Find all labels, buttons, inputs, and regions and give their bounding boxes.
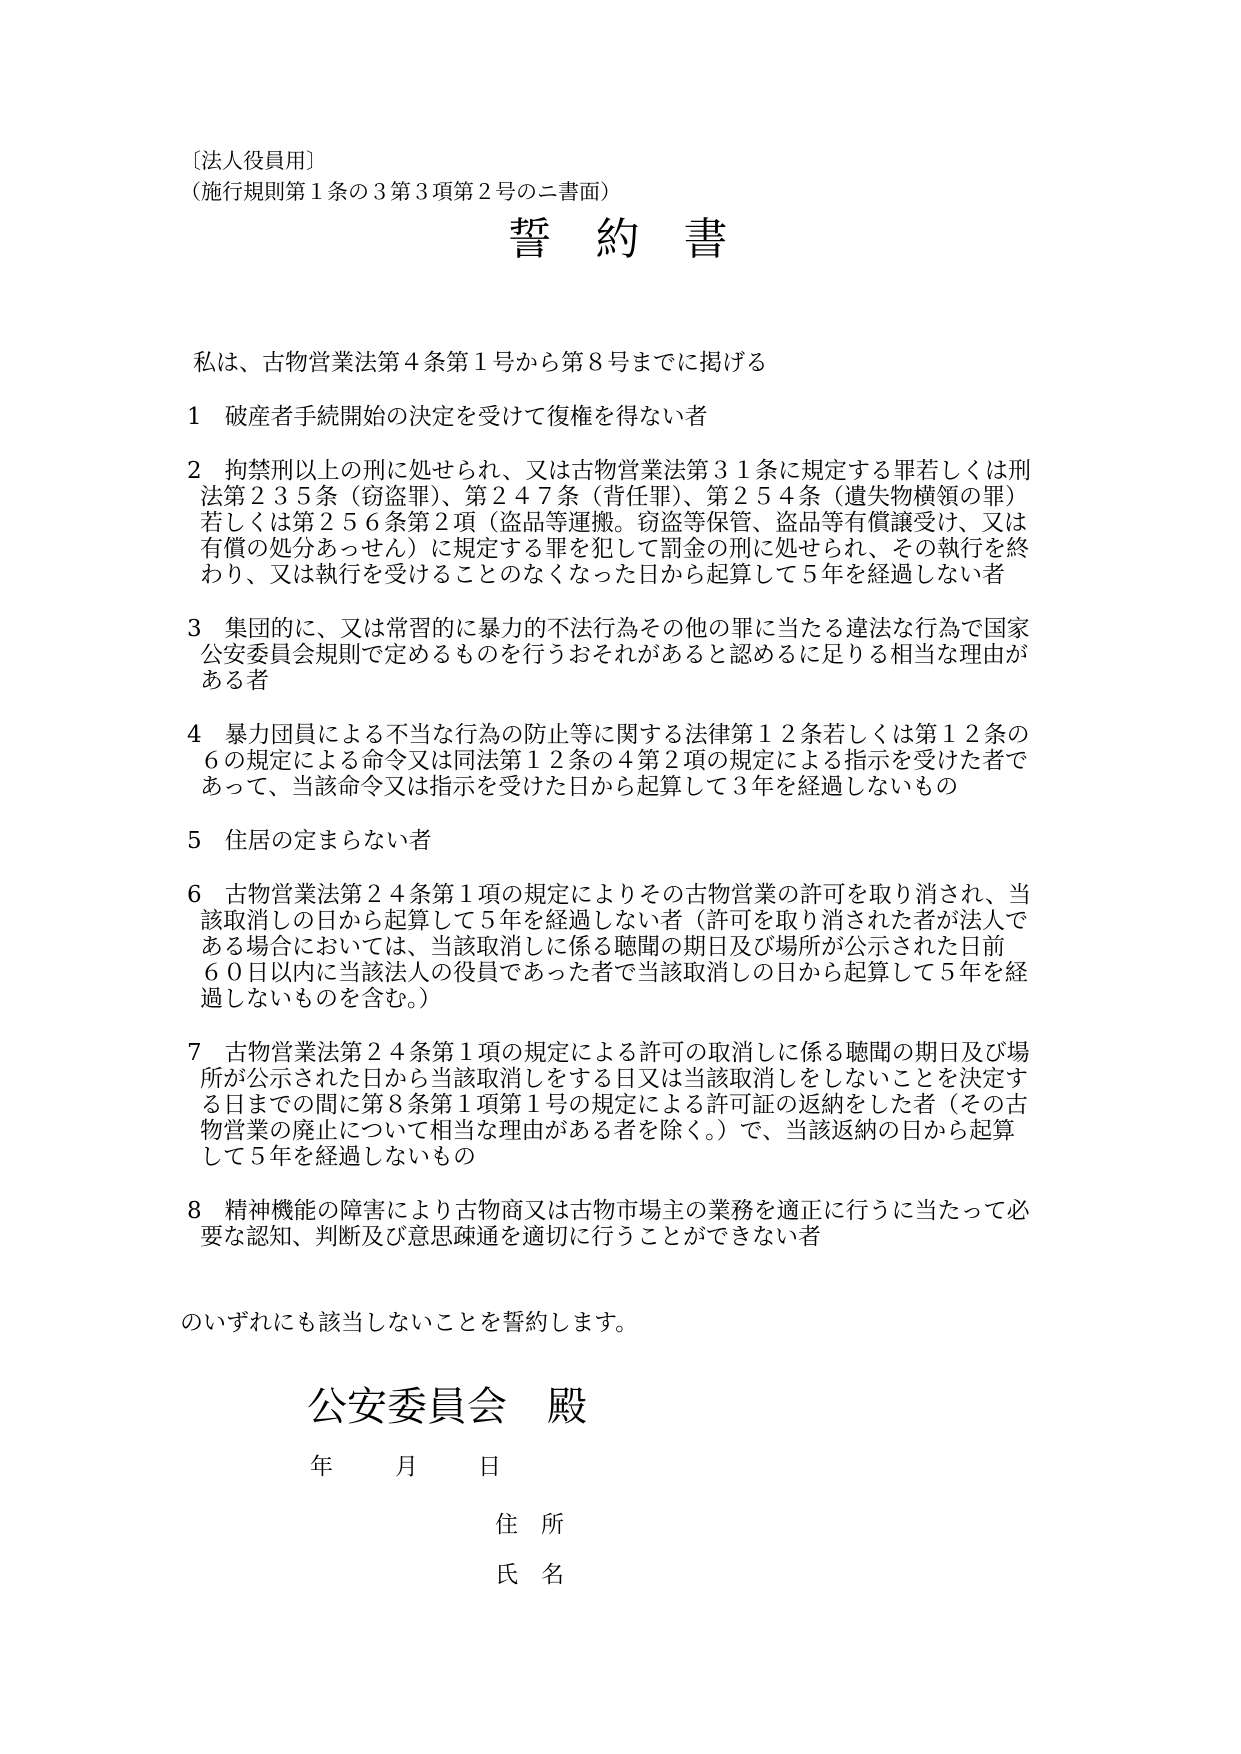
addressee-line: 公安委員会 殿: [307, 1384, 1055, 1430]
pledge-item-8: 8 精神機能の障害により古物商又は古物市場主の業務を適正に行うに当たって必 要な…: [180, 1198, 1055, 1250]
pledge-item-4: 4 暴力団員による不当な行為の防止等に関する法律第１２条若しくは第１２条の ６の…: [180, 722, 1055, 800]
document-title: 誓 約 書: [180, 214, 1055, 266]
month-label: 月: [395, 1454, 418, 1480]
pledge-item-3: 3 集団的に、又は常習的に暴力的不法行為その他の罪に当たる違法な行為で国家 公安…: [180, 616, 1055, 694]
closing-text: のいずれにも該当しないことを誓約します。: [180, 1310, 1055, 1336]
name-label: 氏 名: [495, 1562, 1055, 1588]
regulation-reference-note: （施行規則第１条の３第３項第２号のニ書面）: [180, 177, 1055, 208]
oath-document-page: 〔法人役員用〕 （施行規則第１条の３第３項第２号のニ書面） 誓 約 書 私は、古…: [0, 0, 1241, 1754]
pledge-item-7: 7 古物営業法第２４条第１項の規定による許可の取消しに係る聴聞の期日及び場 所が…: [180, 1040, 1055, 1170]
document-content: 〔法人役員用〕 （施行規則第１条の３第３項第２号のニ書面） 誓 約 書 私は、古…: [180, 146, 1055, 1588]
pledge-item-5: 5 住居の定まらない者: [180, 828, 1055, 854]
pledge-item-2: 2 拘禁刑以上の刑に処せられ、又は古物営業法第３１条に規定する罪若しくは刑 法第…: [180, 458, 1055, 588]
intro-text: 私は、古物営業法第４条第１号から第８号までに掲げる: [180, 350, 1055, 376]
address-label: 住 所: [495, 1512, 1055, 1538]
pledge-item-list: 1 破産者手続開始の決定を受けて復権を得ない者 2 拘禁刑以上の刑に処せられ、又…: [180, 404, 1055, 1250]
pledge-item-1: 1 破産者手続開始の決定を受けて復権を得ない者: [180, 404, 1055, 430]
pledge-item-6: 6 古物営業法第２４条第１項の規定によりその古物営業の許可を取り消され、当 該取…: [180, 882, 1055, 1012]
date-line: 年月日: [310, 1454, 1055, 1480]
year-label: 年: [310, 1454, 333, 1480]
day-label: 日: [478, 1454, 501, 1480]
classification-note: 〔法人役員用〕: [180, 146, 1055, 177]
